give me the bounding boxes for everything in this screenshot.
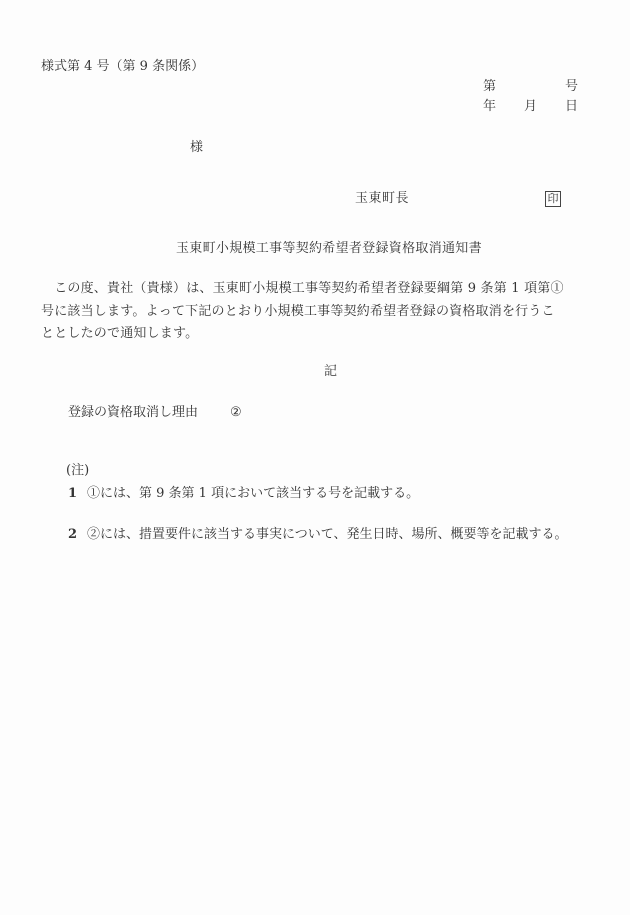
note-text-2: ②には、措置要件に該当する事実について、発生日時、場所、概要等を記載する。 <box>87 528 567 541</box>
note-number-1: 1 <box>68 487 77 500</box>
note-text-1: ①には、第 9 条第 1 項において該当する号を記載する。 <box>87 487 419 500</box>
issuer-name: 玉東町長 <box>355 192 409 205</box>
document-title: 玉東町小規模工事等契約希望者登録資格取消通知書 <box>176 242 482 255</box>
body-line-1: この度、貴社（貴様）は、玉東町小規模工事等契約希望者登録要綱第 9 条第 1 項… <box>41 282 564 295</box>
date-year-label: 年 <box>483 100 496 113</box>
reason-mark: ② <box>230 406 242 419</box>
date-day-label: 日 <box>565 100 578 113</box>
form-number: 様式第 4 号（第 9 条関係） <box>41 60 204 73</box>
notes-heading: (注) <box>66 464 89 477</box>
body-line-3: ととしたので通知します。 <box>41 327 198 340</box>
addressee-honorific: 様 <box>190 141 203 154</box>
doc-number-suffix: 号 <box>565 80 578 93</box>
reason-label: 登録の資格取消し理由 <box>68 406 198 419</box>
note-number-2: 2 <box>68 528 77 541</box>
body-line-2: 号に該当します。よって下記のとおり小規模工事等契約希望者登録の資格取消を行うこ <box>41 305 555 318</box>
seal-icon: 印 <box>545 191 561 207</box>
ki-heading: 記 <box>324 365 337 378</box>
date-month-label: 月 <box>524 100 537 113</box>
doc-number-prefix: 第 <box>483 80 496 93</box>
